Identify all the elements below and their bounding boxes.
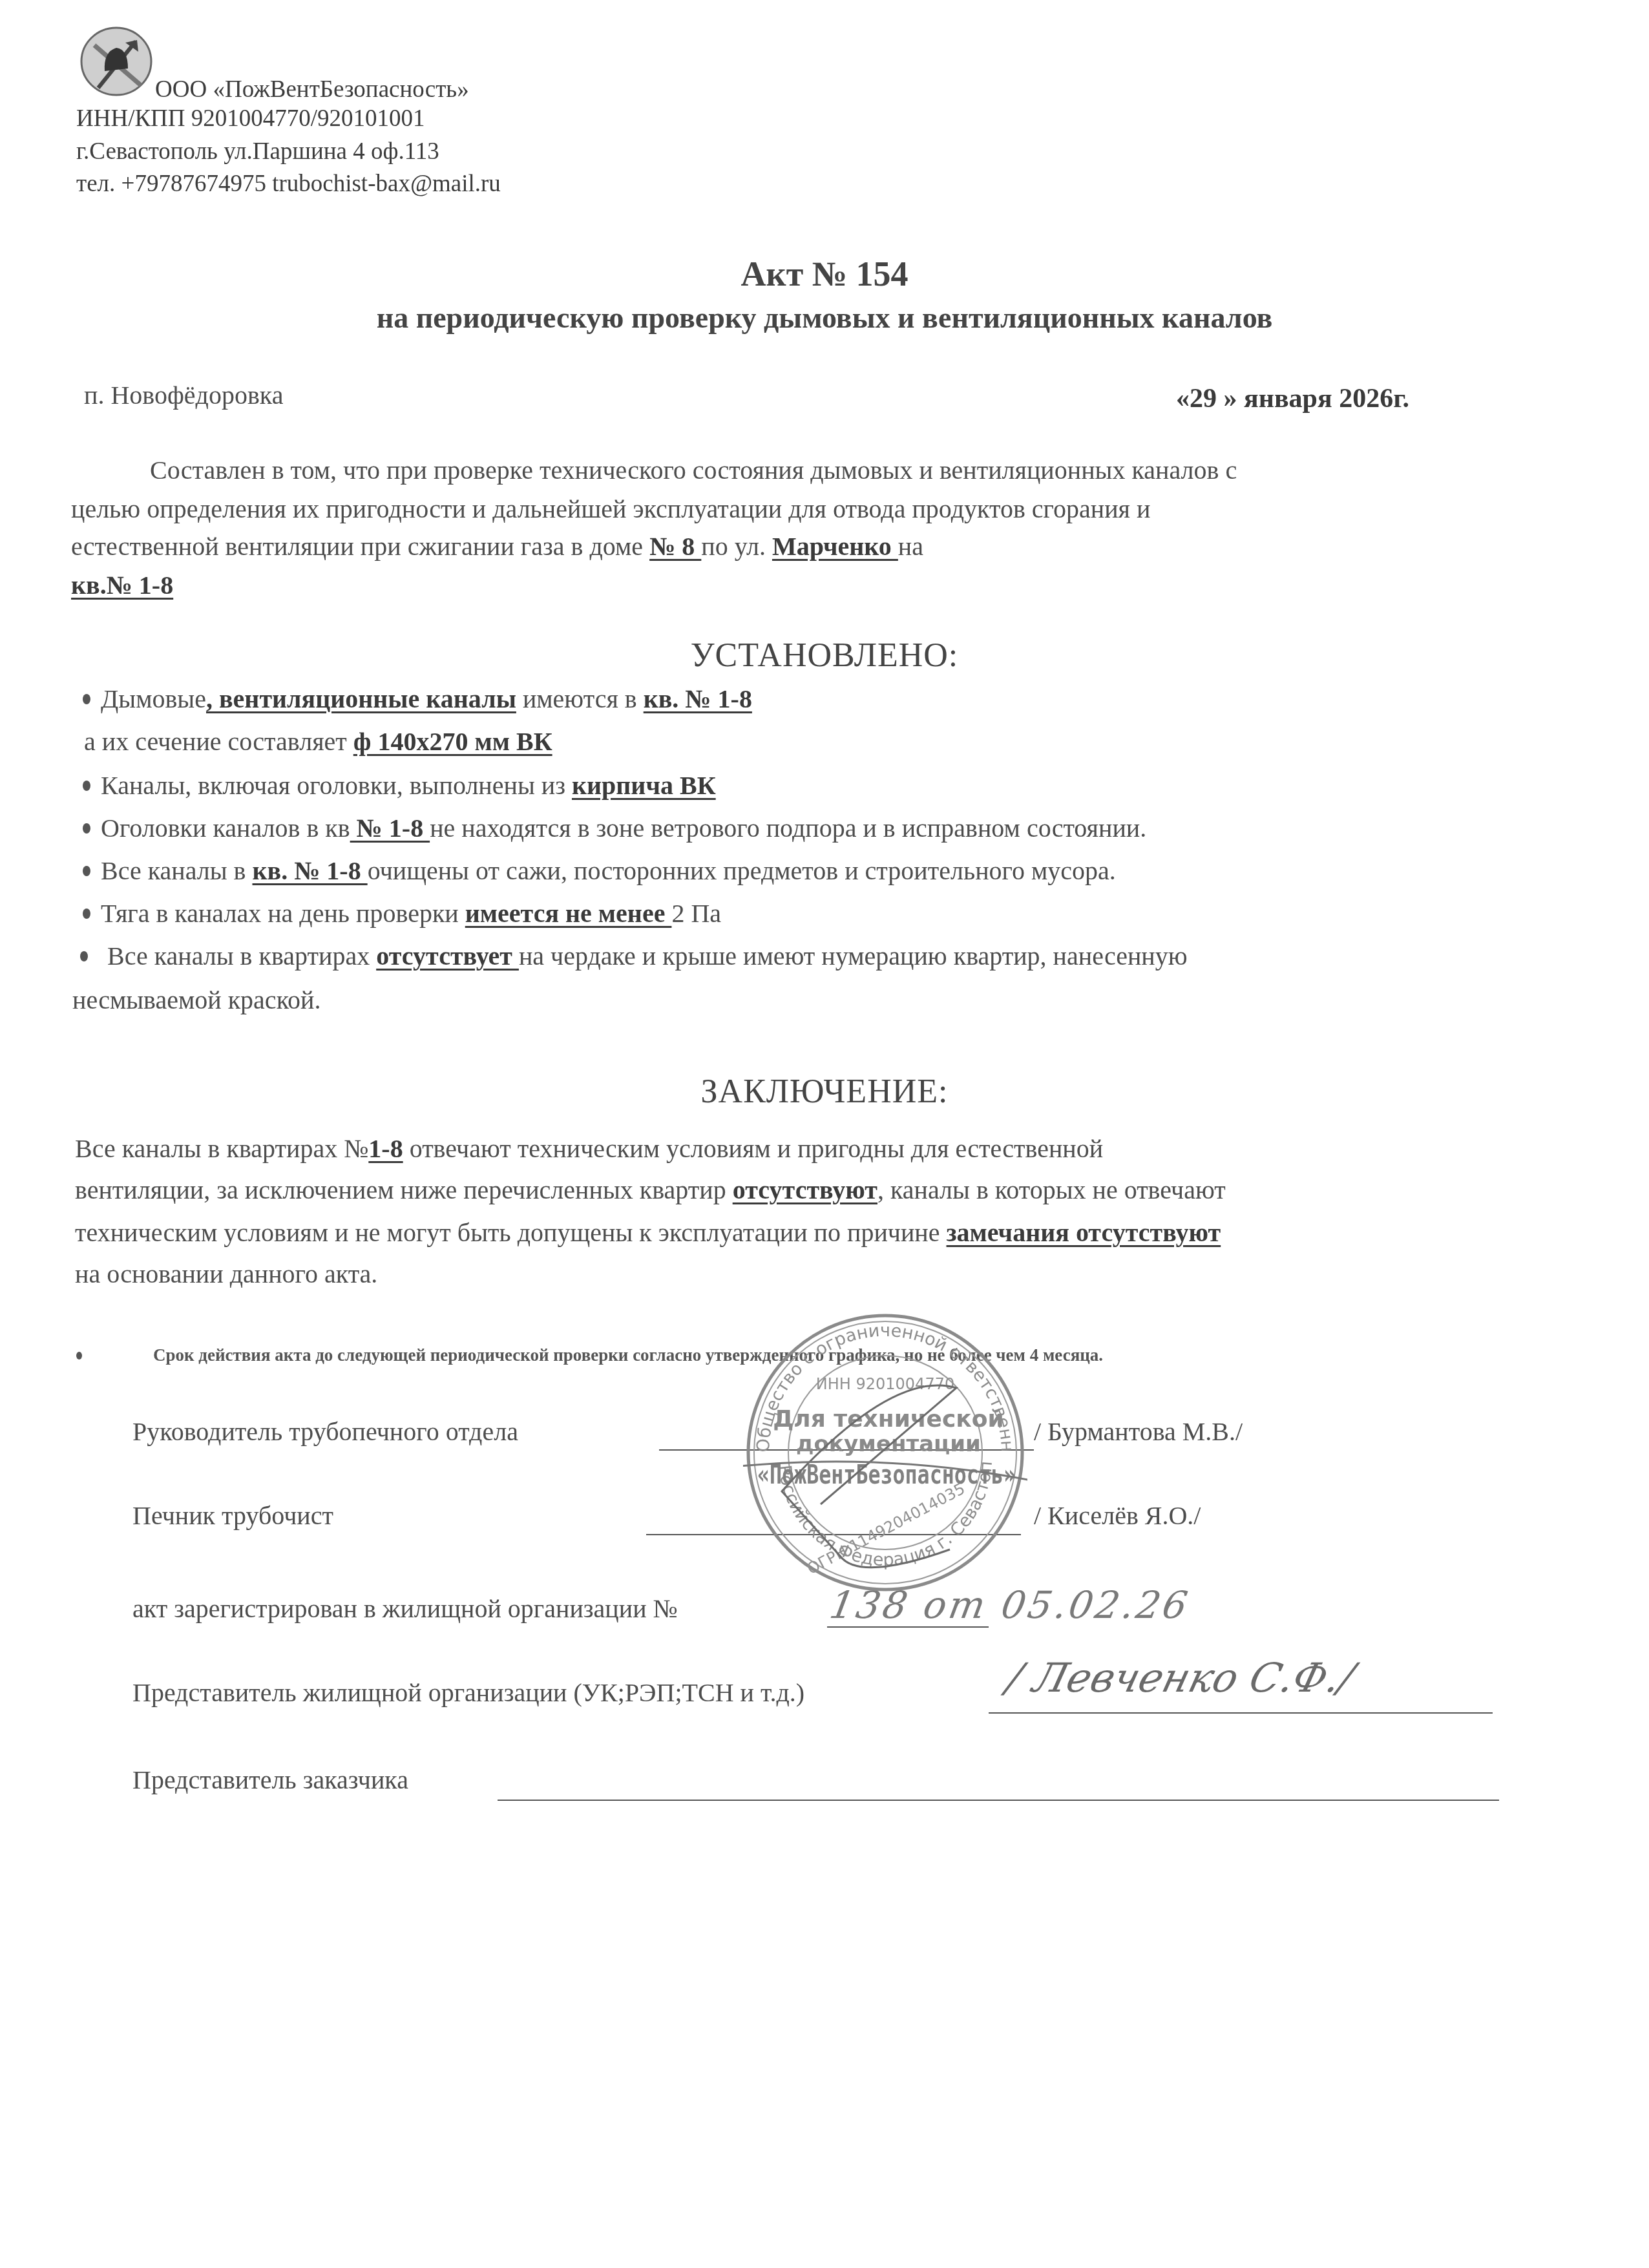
company-address: г.Севастополь ул.Паршина 4 оф.113 bbox=[76, 140, 439, 163]
established-item-5: Все каналы в кв. № 1-8 очищены от сажи, … bbox=[83, 858, 1116, 884]
intro-text: естественной вентиляции при сжигании газ… bbox=[71, 532, 649, 561]
bullet-icon bbox=[83, 694, 90, 704]
established-item-2: а их сечение составляет ф 140x270 мм ВК bbox=[84, 729, 552, 755]
established-item-4: Оголовки каналов в кв № 1-8 не находятся… bbox=[83, 815, 1146, 841]
conclusion-line-2: вентиляции, за исключением ниже перечисл… bbox=[75, 1177, 1226, 1203]
established-item-6: Тяга в каналах на день проверки имеется … bbox=[83, 901, 721, 927]
bullet-icon bbox=[83, 908, 90, 919]
bullet-icon bbox=[76, 1352, 82, 1360]
company-stamp-icon: Общество с ограниченной ответственностью… bbox=[743, 1310, 1027, 1595]
apartments: кв.№ 1-8 bbox=[71, 572, 173, 598]
company-inn-kpp: ИНН/КПП 9201004770/920101001 bbox=[76, 107, 425, 131]
intro-text-end: на bbox=[898, 532, 923, 561]
sweep-label: Печник трубочист bbox=[132, 1503, 333, 1529]
intro-line-3: естественной вентиляции при сжигании газ… bbox=[71, 534, 923, 560]
customer-rep-label: Представитель заказчика bbox=[132, 1767, 408, 1793]
established-item-7: Все каналы в квартирах отсутствует на че… bbox=[80, 943, 1188, 969]
sweep-name: / Киселёв Я.О./ bbox=[1034, 1503, 1201, 1529]
bullet-icon bbox=[83, 866, 90, 876]
street-label: по ул. bbox=[701, 532, 772, 561]
bullet-icon bbox=[83, 823, 90, 834]
stamp-line-2: документации bbox=[796, 1431, 981, 1457]
location: п. Новофёдоровка bbox=[84, 383, 283, 408]
head-name: / Бурмантова М.В./ bbox=[1034, 1419, 1243, 1445]
act-date: «29 » января 2026г. bbox=[1176, 385, 1409, 412]
act-number: Акт № 154 bbox=[0, 254, 1649, 294]
housing-rep-signature: / Левченко С.Ф./ bbox=[1002, 1654, 1360, 1701]
stamp-line-1: Для технической bbox=[773, 1406, 1004, 1433]
established-item-1: Дымовые, вентиляционные каналы имеются в… bbox=[83, 686, 752, 712]
company-name: ООО «ПожВентБезопасность» bbox=[155, 78, 469, 101]
bullet-icon bbox=[83, 781, 90, 791]
head-label: Руководитель трубопечного отдела bbox=[132, 1419, 518, 1445]
company-contacts: тел. +79787674975 trubochist-bax@mail.ru bbox=[76, 172, 501, 196]
intro-line-1: Составлен в том, что при проверке технич… bbox=[150, 457, 1237, 483]
bullet-icon bbox=[80, 951, 88, 961]
conclusion-line-3: техническим условиям и не могут быть доп… bbox=[75, 1220, 1221, 1246]
customer-rep-signature-line[interactable] bbox=[498, 1800, 1499, 1801]
stamp-inn: ИНН 9201004770 bbox=[816, 1375, 954, 1393]
street-name: Марченко bbox=[772, 532, 898, 561]
established-item-7-cont: несмываемой краской. bbox=[72, 987, 320, 1013]
company-logo-icon bbox=[79, 26, 155, 97]
established-heading: УСТАНОВЛЕНО: bbox=[0, 636, 1649, 675]
act-subtitle: на периодическую проверку дымовых и вент… bbox=[0, 300, 1649, 335]
housing-rep-signature-line[interactable] bbox=[989, 1712, 1493, 1714]
conclusion-heading: ЗАКЛЮЧЕНИЕ: bbox=[0, 1073, 1649, 1111]
established-item-3: Каналы, включая оголовки, выполнены из к… bbox=[83, 773, 716, 799]
intro-line-2: целью определения их пригодности и дальн… bbox=[71, 496, 1150, 522]
conclusion-line-1: Все каналы в квартирах №1-8 отвечают тех… bbox=[75, 1136, 1103, 1162]
conclusion-line-4: на основании данного акта. bbox=[75, 1261, 377, 1287]
house-number: № 8 bbox=[649, 532, 701, 561]
housing-rep-label: Представитель жилищной организации (УК;Р… bbox=[132, 1680, 804, 1706]
registered-label: акт зарегистрирован в жилищной организац… bbox=[132, 1596, 678, 1622]
